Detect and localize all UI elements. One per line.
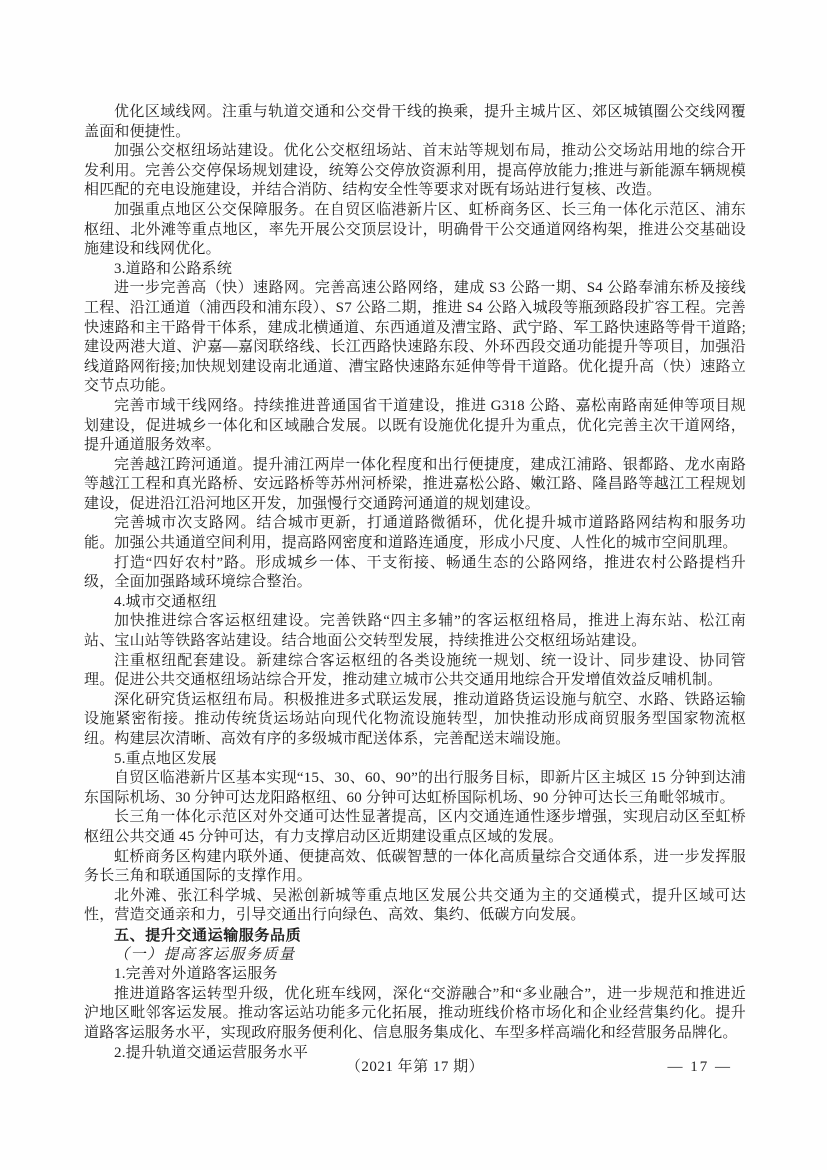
paragraph: 推进道路客运转型升级，优化班车线网，深化“交游融合”和“多业融合”，进一步规范和… (84, 985, 746, 1044)
paragraph: 加强公交枢纽场站建设。优化公交枢纽场站、首末站等规划布局，推动公交场站用地的综合… (84, 142, 746, 201)
paragraph: 完善越江跨河通道。提升浦江两岸一体化程度和出行便捷度，建成江浦路、银都路、龙水南… (84, 456, 746, 515)
paragraph: 加快推进综合客运枢纽建设。完善铁路“四主多辅”的客运枢纽格局，推进上海东站、松江… (84, 612, 746, 651)
section-heading: 3.道路和公路系统 (84, 260, 746, 280)
subsection-heading: （一）提高客运服务质量 (84, 946, 746, 966)
paragraph: 优化区域线网。注重与轨道交通和公交骨干线的换乘，提升主城片区、郊区城镇圈公交线网… (84, 103, 746, 142)
section-heading: 5.重点地区发展 (84, 750, 746, 770)
paragraph: 打造“四好农村”路。形成城乡一体、干支衔接、畅通生态的公路网络，推进农村公路提档… (84, 554, 746, 593)
section-heading: 4.城市交通枢纽 (84, 593, 746, 613)
section-heading: 1.完善对外道路客运服务 (84, 965, 746, 985)
chapter-heading: 五、提升交通运输服务品质 (84, 926, 746, 946)
document-page: 优化区域线网。注重与轨道交通和公交骨干线的换乘，提升主城片区、郊区城镇圈公交线网… (0, 0, 827, 1170)
paragraph: 完善市域干线网络。持续推进普通国省干道建设，推进 G318 公路、嘉松南路南延伸… (84, 397, 746, 456)
paragraph: 加强重点地区公交保障服务。在自贸区临港新片区、虹桥商务区、长三角一体化示范区、浦… (84, 201, 746, 260)
paragraph: 北外滩、张江科学城、吴淞创新城等重点地区发展公共交通为主的交通模式，提升区域可达… (84, 887, 746, 926)
page-body: 优化区域线网。注重与轨道交通和公交骨干线的换乘，提升主城片区、郊区城镇圈公交线网… (84, 103, 746, 1063)
page-footer: （2021 年第 17 期） — 17 — (84, 1057, 746, 1079)
issue-label: （2021 年第 17 期） (346, 1057, 484, 1077)
paragraph: 注重枢纽配套建设。新建综合客运枢纽的各类设施统一规划、统一设计、同步建设、协同管… (84, 652, 746, 691)
paragraph: 长三角一体化示范区对外交通可达性显著提高，区内交通连通性逐步增强，实现启动区至虹… (84, 808, 746, 847)
paragraph: 进一步完善高（快）速路网。完善高速公路网络，建成 S3 公路一期、S4 公路奉浦… (84, 279, 746, 397)
paragraph: 虹桥商务区构建内联外通、便捷高效、低碳智慧的一体化高质量综合交通体系，进一步发挥… (84, 848, 746, 887)
page-number: — 17 — (668, 1057, 733, 1077)
paragraph: 自贸区临港新片区基本实现“15、30、60、90”的出行服务目标，即新片区主城区… (84, 769, 746, 808)
paragraph: 深化研究货运枢纽布局。积极推进多式联运发展，推动道路货运设施与航空、水路、铁路运… (84, 691, 746, 750)
paragraph: 完善城市次支路网。结合城市更新，打通道路微循环，优化提升城市道路路网结构和服务功… (84, 514, 746, 553)
